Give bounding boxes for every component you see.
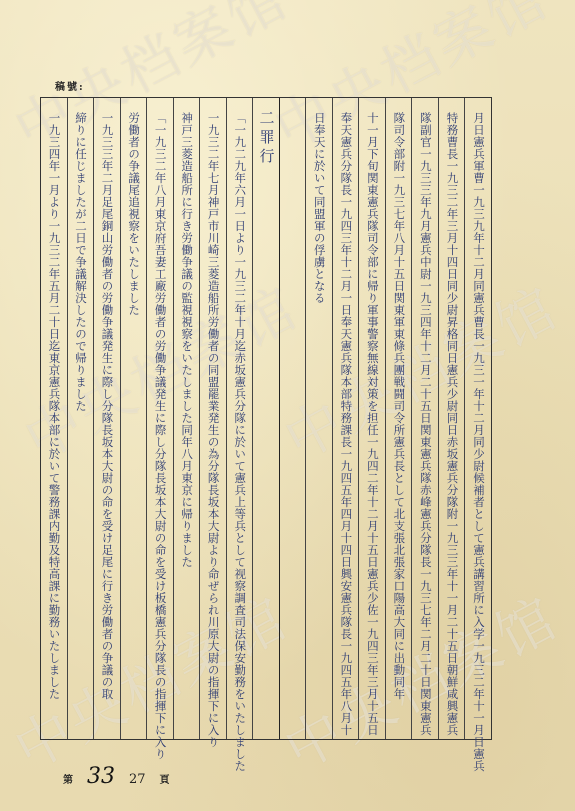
text-column: 奉天憲兵分隊長一九四三年十二月一日奉天憲兵隊本部特務課長一九四五年四月十四日興安…	[332, 98, 359, 739]
handwritten-line: 一九三二年七月神戸市川崎三菱造船所労働者の同盟罷業発生の為分隊長坂本大尉より命ぜ…	[207, 112, 219, 748]
handwritten-line: 「一九三二年八月東京府吾妻工廠労働者の労働争議発生に際し分隊長坂本大尉の命を受け…	[154, 112, 166, 760]
handwritten-line: 十一月下旬関東憲兵隊司令部に帰り軍事警察無線対策を担任一九四二年十二月十五日憲兵…	[366, 112, 378, 736]
text-column: 一九三二年七月神戸市川崎三菱造船所労働者の同盟罷業発生の為分隊長坂本大尉より命ぜ…	[199, 98, 226, 739]
text-column: 一九三三年二月足尾銅山労働者の労働争議発生に際し分隊長坂本大尉の命を受け足尾に行…	[93, 98, 120, 739]
ruled-manuscript-table: 月日憲兵軍曹一九三九年十二月同憲兵曹長一九三一年十二月同少尉候補者として憲兵講習…	[40, 97, 492, 740]
handwritten-line: 奉天憲兵分隊長一九四三年十二月一日奉天憲兵隊本部特務課長一九四五年四月十四日興安…	[340, 112, 352, 736]
section-heading: 二罪行	[258, 110, 273, 167]
handwritten-line: 月日憲兵軍曹一九三九年十二月同憲兵曹長一九三一年十二月同少尉候補者として憲兵講習…	[472, 112, 484, 772]
handwritten-line: 「一九二九年六月一日より一九三二年十月迄赤坂憲兵分隊に於いて憲兵上等兵として视察…	[234, 112, 246, 772]
handwritten-page-number: 33	[87, 764, 115, 789]
handwritten-line: 日奉天に於いて同盟軍の俘虜となる	[313, 112, 325, 304]
text-column: 神戸三菱造船所に行き労働争議の監視視察をいたしました同年八月東京に帰りました	[173, 98, 200, 739]
text-column: 労働者の争議尾追視察をいたしました	[120, 98, 147, 739]
handwritten-line: 特務曹長一九三二年三月十四日同少尉昇格同日憲兵少尉同日赤坂憲兵分隊附一九三三年十…	[446, 112, 458, 736]
text-column: 隊司令部附一九三七年八月十五日関東軍東條兵團戦闘司令所憲兵長として北支張北張家口…	[385, 98, 412, 739]
page-suffix: 頁	[160, 771, 170, 786]
manuscript-number-label: 稿號:	[55, 78, 85, 93]
text-column: 日奉天に於いて同盟軍の俘虜となる	[305, 98, 332, 739]
handwritten-line: 一九三三年二月足尾銅山労働者の労働争議発生に際し分隊長坂本大尉の命を受け足尾に行…	[101, 112, 113, 700]
page-footer: 第 33 27 頁	[63, 764, 170, 789]
text-column: 「一九三二年八月東京府吾妻工廠労働者の労働争議発生に際し分隊長坂本大尉の命を受け…	[146, 98, 173, 739]
text-column: 一九三四年一月より一九三二年五月二十日迄東京憲兵隊本部に於いて警務課内勤及特高課…	[41, 98, 67, 739]
handwritten-line: 隊司令部附一九三七年八月十五日関東軍東條兵團戦闘司令所憲兵長として北支張北張家口…	[393, 112, 405, 700]
page-prefix: 第	[63, 771, 73, 786]
handwritten-line: 隊副官一九三三年九月憲兵中尉一九三四年十二月二十五日関東憲兵隊赤峰憲兵分隊長一九…	[419, 112, 431, 736]
text-column: 隊副官一九三三年九月憲兵中尉一九三四年十二月二十五日関東憲兵隊赤峰憲兵分隊長一九…	[411, 98, 438, 739]
text-column: 「一九二九年六月一日より一九三二年十月迄赤坂憲兵分隊に於いて憲兵上等兵として视察…	[226, 98, 253, 739]
handwritten-line: 神戸三菱造船所に行き労働争議の監視視察をいたしました同年八月東京に帰りました	[181, 112, 193, 568]
text-column: 月日憲兵軍曹一九三九年十二月同憲兵曹長一九三一年十二月同少尉候補者として憲兵講習…	[464, 98, 491, 739]
page-number: 27	[129, 772, 146, 787]
text-column	[279, 98, 306, 739]
handwritten-line: 労働者の争議尾追視察をいたしました	[128, 112, 140, 316]
text-column: 特務曹長一九三二年三月十四日同少尉昇格同日憲兵少尉同日赤坂憲兵分隊附一九三三年十…	[438, 98, 465, 739]
text-column: 締りに任じましたが二日で争議解決したので帰りました	[67, 98, 94, 739]
handwritten-line: 締りに任じましたが二日で争議解決したので帰りました	[75, 112, 87, 412]
text-column: 十一月下旬関東憲兵隊司令部に帰り軍事警察無線対策を担任一九四二年十二月十五日憲兵…	[358, 98, 385, 739]
handwritten-line: 一九三四年一月より一九三二年五月二十日迄東京憲兵隊本部に於いて警務課内勤及特高課…	[48, 112, 60, 700]
section-heading-column: 二罪行	[252, 98, 279, 739]
